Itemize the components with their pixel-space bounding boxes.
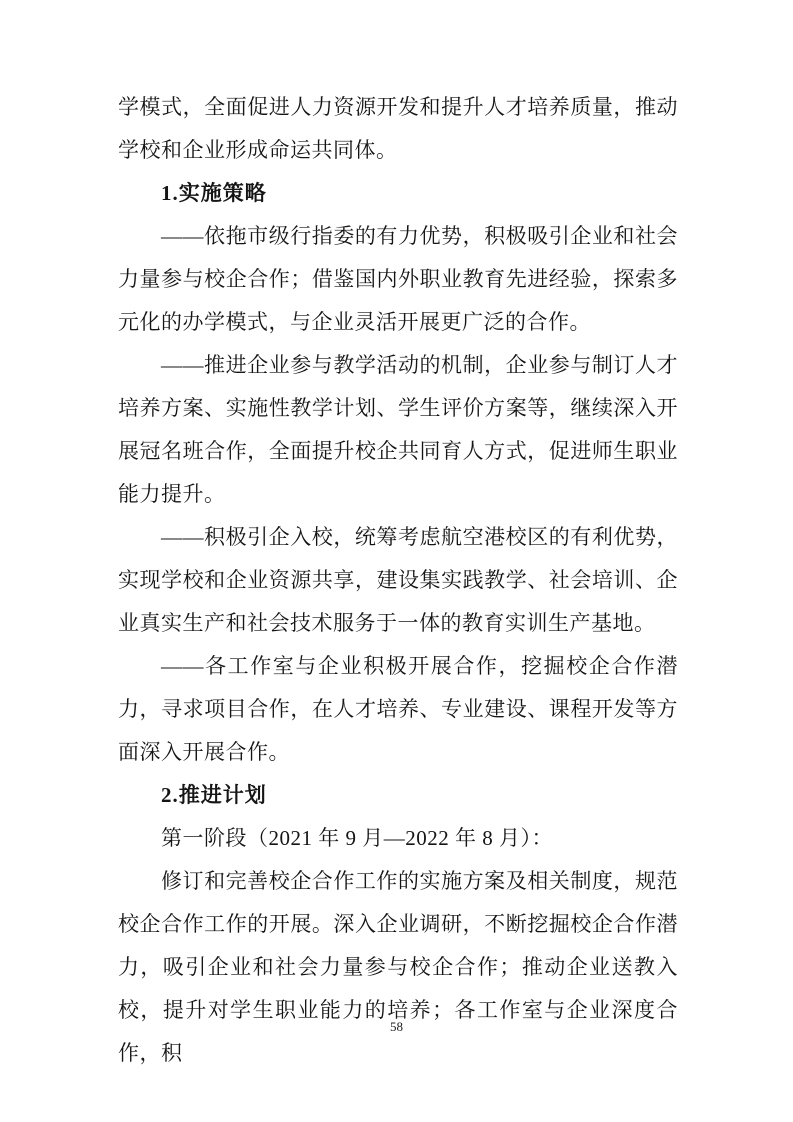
page-number: 58 <box>0 1019 793 1035</box>
section-heading: 2.推进计划 <box>118 774 678 817</box>
section-heading: 1.实施策略 <box>118 172 678 215</box>
paragraph: ——依拖市级行指委的有力优势，积极吸引企业和社会力量参与校企合作；借鉴国内外职业… <box>118 215 678 344</box>
paragraph: ——各工作室与企业积极开展合作，挖掘校企合作潜力，寻求项目合作，在人才培养、专业… <box>118 645 678 774</box>
document-page: 学模式，全面促进人力资源开发和提升人才培养质量，推动学校和企业形成命运共同体。1… <box>0 0 793 1122</box>
paragraph: 学模式，全面促进人力资源开发和提升人才培养质量，推动学校和企业形成命运共同体。 <box>118 86 678 172</box>
paragraph: 第一阶段（2021 年 9 月—2022 年 8 月）： <box>118 817 678 860</box>
paragraph: ——积极引企入校，统筹考虑航空港校区的有利优势，实现学校和企业资源共享，建设集实… <box>118 516 678 645</box>
paragraph: ——推进企业参与教学活动的机制，企业参与制订人才培养方案、实施性教学计划、学生评… <box>118 344 678 516</box>
page-body: 学模式，全面促进人力资源开发和提升人才培养质量，推动学校和企业形成命运共同体。1… <box>118 86 678 1075</box>
paragraph: 修订和完善校企合作工作的实施方案及相关制度，规范校企合作工作的开展。深入企业调研… <box>118 860 678 1075</box>
